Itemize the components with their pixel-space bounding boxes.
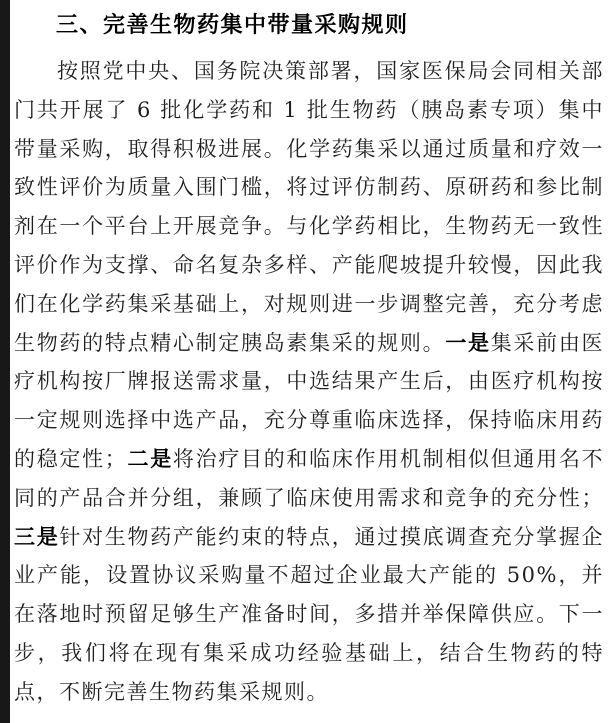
- emphasis-segment: 三是: [14, 525, 59, 549]
- scan-edge-bar: [0, 0, 10, 723]
- document-content: 三、完善生物药集中带量采购规则 按照党中央、国务院决策部署，国家医保局会同相关部…: [14, 12, 604, 712]
- body-paragraph: 按照党中央、国务院决策部署，国家医保局会同相关部门共开展了 6 批化学药和 1 …: [14, 52, 604, 712]
- text-segment: 针对生物药产能约束的特点，通过摸底调查充分掌握企业产能，设置协议采购量不超过企业…: [14, 525, 604, 704]
- document-page: 三、完善生物药集中带量采购规则 按照党中央、国务院决策部署，国家医保局会同相关部…: [0, 0, 616, 723]
- section-heading: 三、完善生物药集中带量采购规则: [56, 12, 604, 40]
- text-segment: 按照党中央、国务院决策部署，国家医保局会同相关部门共开展了 6 批化学药和 1 …: [14, 59, 604, 355]
- emphasis-segment: 一是: [445, 331, 490, 355]
- emphasis-segment: 二是: [127, 447, 173, 471]
